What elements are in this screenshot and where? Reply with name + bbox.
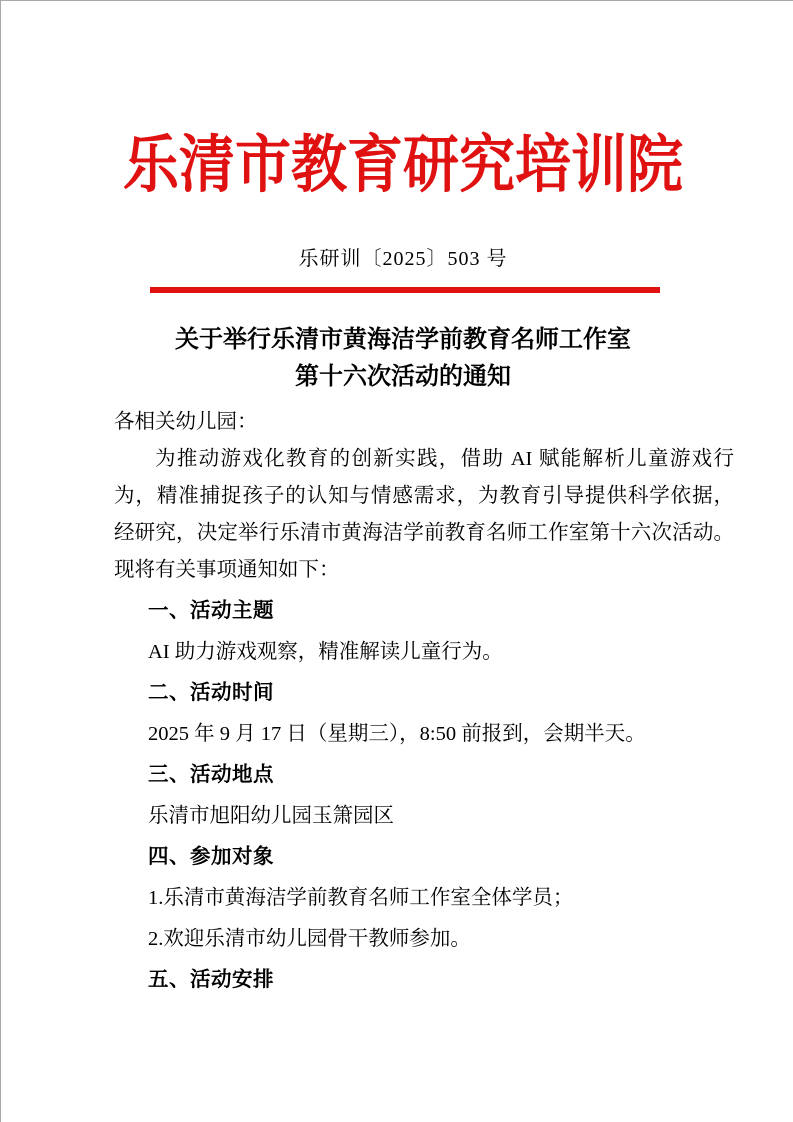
intro-line-4: 现将有关事项通知如下： — [114, 552, 734, 589]
intro-line-3: 经研究，决定举行乐清市黄海洁学前教育名师工作室第十六次活动。 — [114, 515, 734, 552]
sections-list: 一、活动主题 AI 助力游戏观察，精准解读儿童行为。 二、活动时间 2025 年… — [114, 591, 734, 1001]
notice-title-line-2: 第十六次活动的通知 — [114, 359, 692, 396]
salutation: 各相关幼儿园： — [114, 404, 734, 441]
section-4-line-2: 2.欢迎乐清市幼儿园骨干教师参加。 — [148, 919, 734, 960]
section-3-line: 乐清市旭阳幼儿园玉箫园区 — [148, 796, 734, 837]
document-page: 乐清市教育研究培训院 乐研训〔2025〕503 号 关于举行乐清市黄海洁学前教育… — [0, 0, 793, 1122]
notice-title-line-1: 关于举行乐清市黄海洁学前教育名师工作室 — [114, 322, 692, 359]
section-5-heading: 五、活动安排 — [148, 960, 734, 1001]
letterhead-org-title: 乐清市教育研究培训院 — [114, 135, 692, 198]
section-4-heading: 四、参加对象 — [148, 837, 734, 878]
letterhead: 乐清市教育研究培训院 乐研训〔2025〕503 号 — [114, 138, 692, 273]
notice-title: 关于举行乐清市黄海洁学前教育名师工作室 第十六次活动的通知 — [114, 322, 692, 396]
intro-paragraph: 为推动游戏化教育的创新实践，借助 AI 赋能解析儿童游戏行 为，精准捕捉孩子的认… — [114, 441, 734, 589]
section-4-line-1: 1.乐清市黄海洁学前教育名师工作室全体学员； — [148, 878, 734, 919]
document-number: 乐研训〔2025〕503 号 — [114, 245, 692, 273]
intro-line-1: 为推动游戏化教育的创新实践，借助 AI 赋能解析儿童游戏行 — [114, 441, 734, 478]
intro-line-2: 为，精准捕捉孩子的认知与情感需求，为教育引导提供科学依据， — [114, 478, 734, 515]
section-1-heading: 一、活动主题 — [148, 591, 734, 632]
section-1-line: AI 助力游戏观察，精准解读儿童行为。 — [148, 632, 734, 673]
section-3-heading: 三、活动地点 — [148, 755, 734, 796]
section-2-heading: 二、活动时间 — [148, 673, 734, 714]
red-divider-line — [150, 287, 660, 293]
section-2-line: 2025 年 9 月 17 日（星期三），8:50 前报到，会期半天。 — [148, 714, 734, 755]
notice-body: 各相关幼儿园： 为推动游戏化教育的创新实践，借助 AI 赋能解析儿童游戏行 为，… — [114, 404, 734, 1001]
